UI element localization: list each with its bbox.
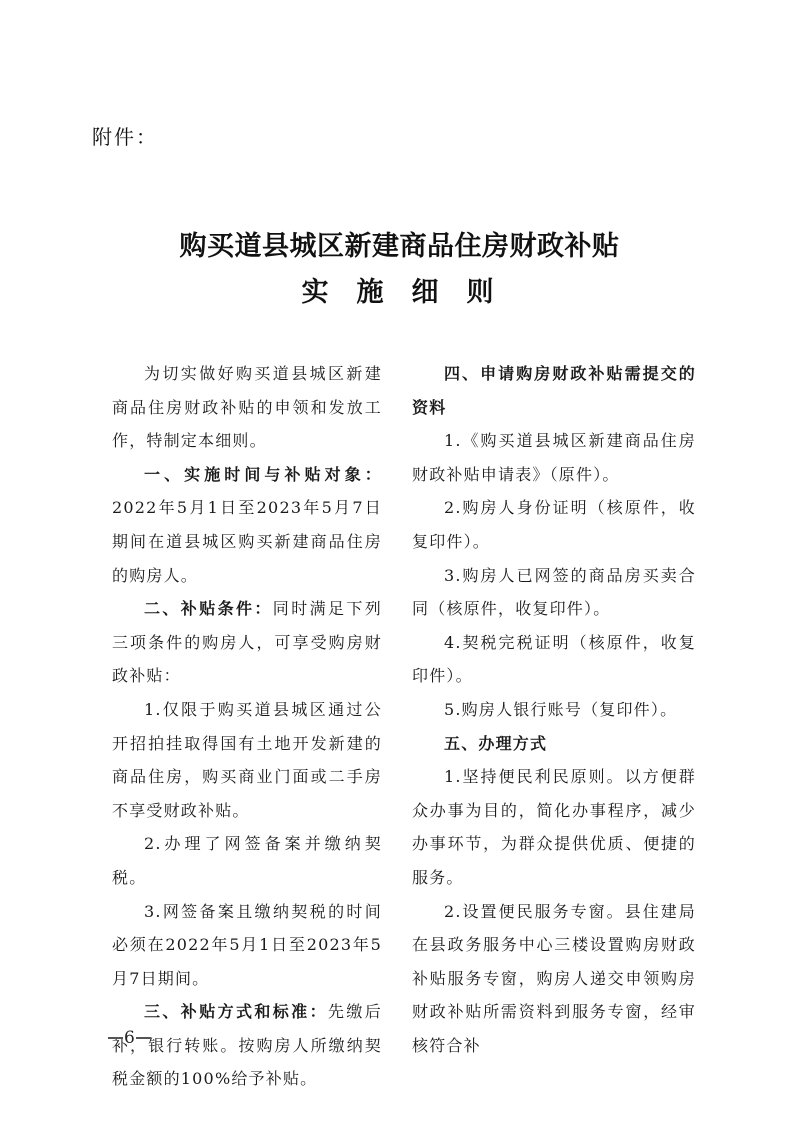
section-4-heading: 四、申请购房财政补贴需提交的资料	[412, 357, 696, 424]
section-5-item-1: 1.坚持便民利民原则。以方便群众办事为目的，简化办事程序，减少办事环节，为群众提…	[412, 760, 696, 894]
section-2-item-3: 3.网签备案且缴纳契税的时间必须在2022年5月1日至2023年5月7日期间。	[112, 895, 382, 996]
section-2-item-2: 2.办理了网签备案并缴纳契税。	[112, 827, 382, 894]
section-3-heading: 三、补贴方式和标准：	[144, 1002, 328, 1021]
title-line-1: 购买道县城区新建商品住房财政补贴	[6, 225, 793, 269]
section-4-item-5: 5.购房人银行账号（复印件）。	[412, 693, 696, 727]
page-number: 6	[108, 1028, 151, 1048]
document-title: 购买道县城区新建商品住房财政补贴 实施细则	[0, 225, 793, 317]
section-2-item-1: 1.仅限于购买道县城区通过公开招拍挂取得国有土地开发新建的商品住房，购买商业门面…	[112, 693, 382, 827]
section-5-heading: 五、办理方式	[412, 727, 696, 761]
right-column: 四、申请购房财政补贴需提交的资料 1.《购买道县城区新建商品住房财政补贴申请表》…	[412, 357, 696, 1062]
section-1-paragraph: 一、实施时间与补贴对象：2022年5月1日至2023年5月7日期间在道县城区购买…	[112, 458, 382, 592]
section-4-item-2: 2.购房人身份证明（核原件，收复印件）。	[412, 491, 696, 558]
intro-paragraph: 为切实做好购买道县城区新建商品住房财政补贴的申领和发放工作，特制定本细则。	[112, 357, 382, 458]
section-4-item-3: 3.购房人已网签的商品房买卖合同（核原件，收复印件）。	[412, 559, 696, 626]
section-1-body: 2022年5月1日至2023年5月7日期间在道县城区购买新建商品住房的购房人。	[112, 498, 382, 584]
page-number-dash-right	[136, 1037, 151, 1039]
title-line-2: 实施细则	[30, 269, 793, 317]
section-5-item-2: 2.设置便民服务专窗。县住建局在县政务服务中心三楼设置购房财政补贴服务专窗，购房…	[412, 895, 696, 1063]
section-1-heading: 一、实施时间与补贴对象：	[144, 465, 382, 484]
left-column: 为切实做好购买道县城区新建商品住房财政补贴的申领和发放工作，特制定本细则。 一、…	[112, 357, 382, 1096]
attachment-label: 附件：	[92, 121, 158, 150]
section-3-paragraph: 三、补贴方式和标准：先缴后补，银行转账。按购房人所缴纳契税金额的100%给予补贴…	[112, 995, 382, 1096]
section-4-item-1: 1.《购买道县城区新建商品住房财政补贴申请表》（原件）。	[412, 424, 696, 491]
section-2-heading: 二、补贴条件：	[144, 599, 273, 618]
section-4-item-4: 4.契税完税证明（核原件，收复印件）。	[412, 626, 696, 693]
section-2-paragraph: 二、补贴条件：同时满足下列三项条件的购房人，可享受购房财政补贴：	[112, 592, 382, 693]
page-number-dash-left	[108, 1037, 123, 1039]
page-number-value: 6	[123, 1028, 136, 1048]
